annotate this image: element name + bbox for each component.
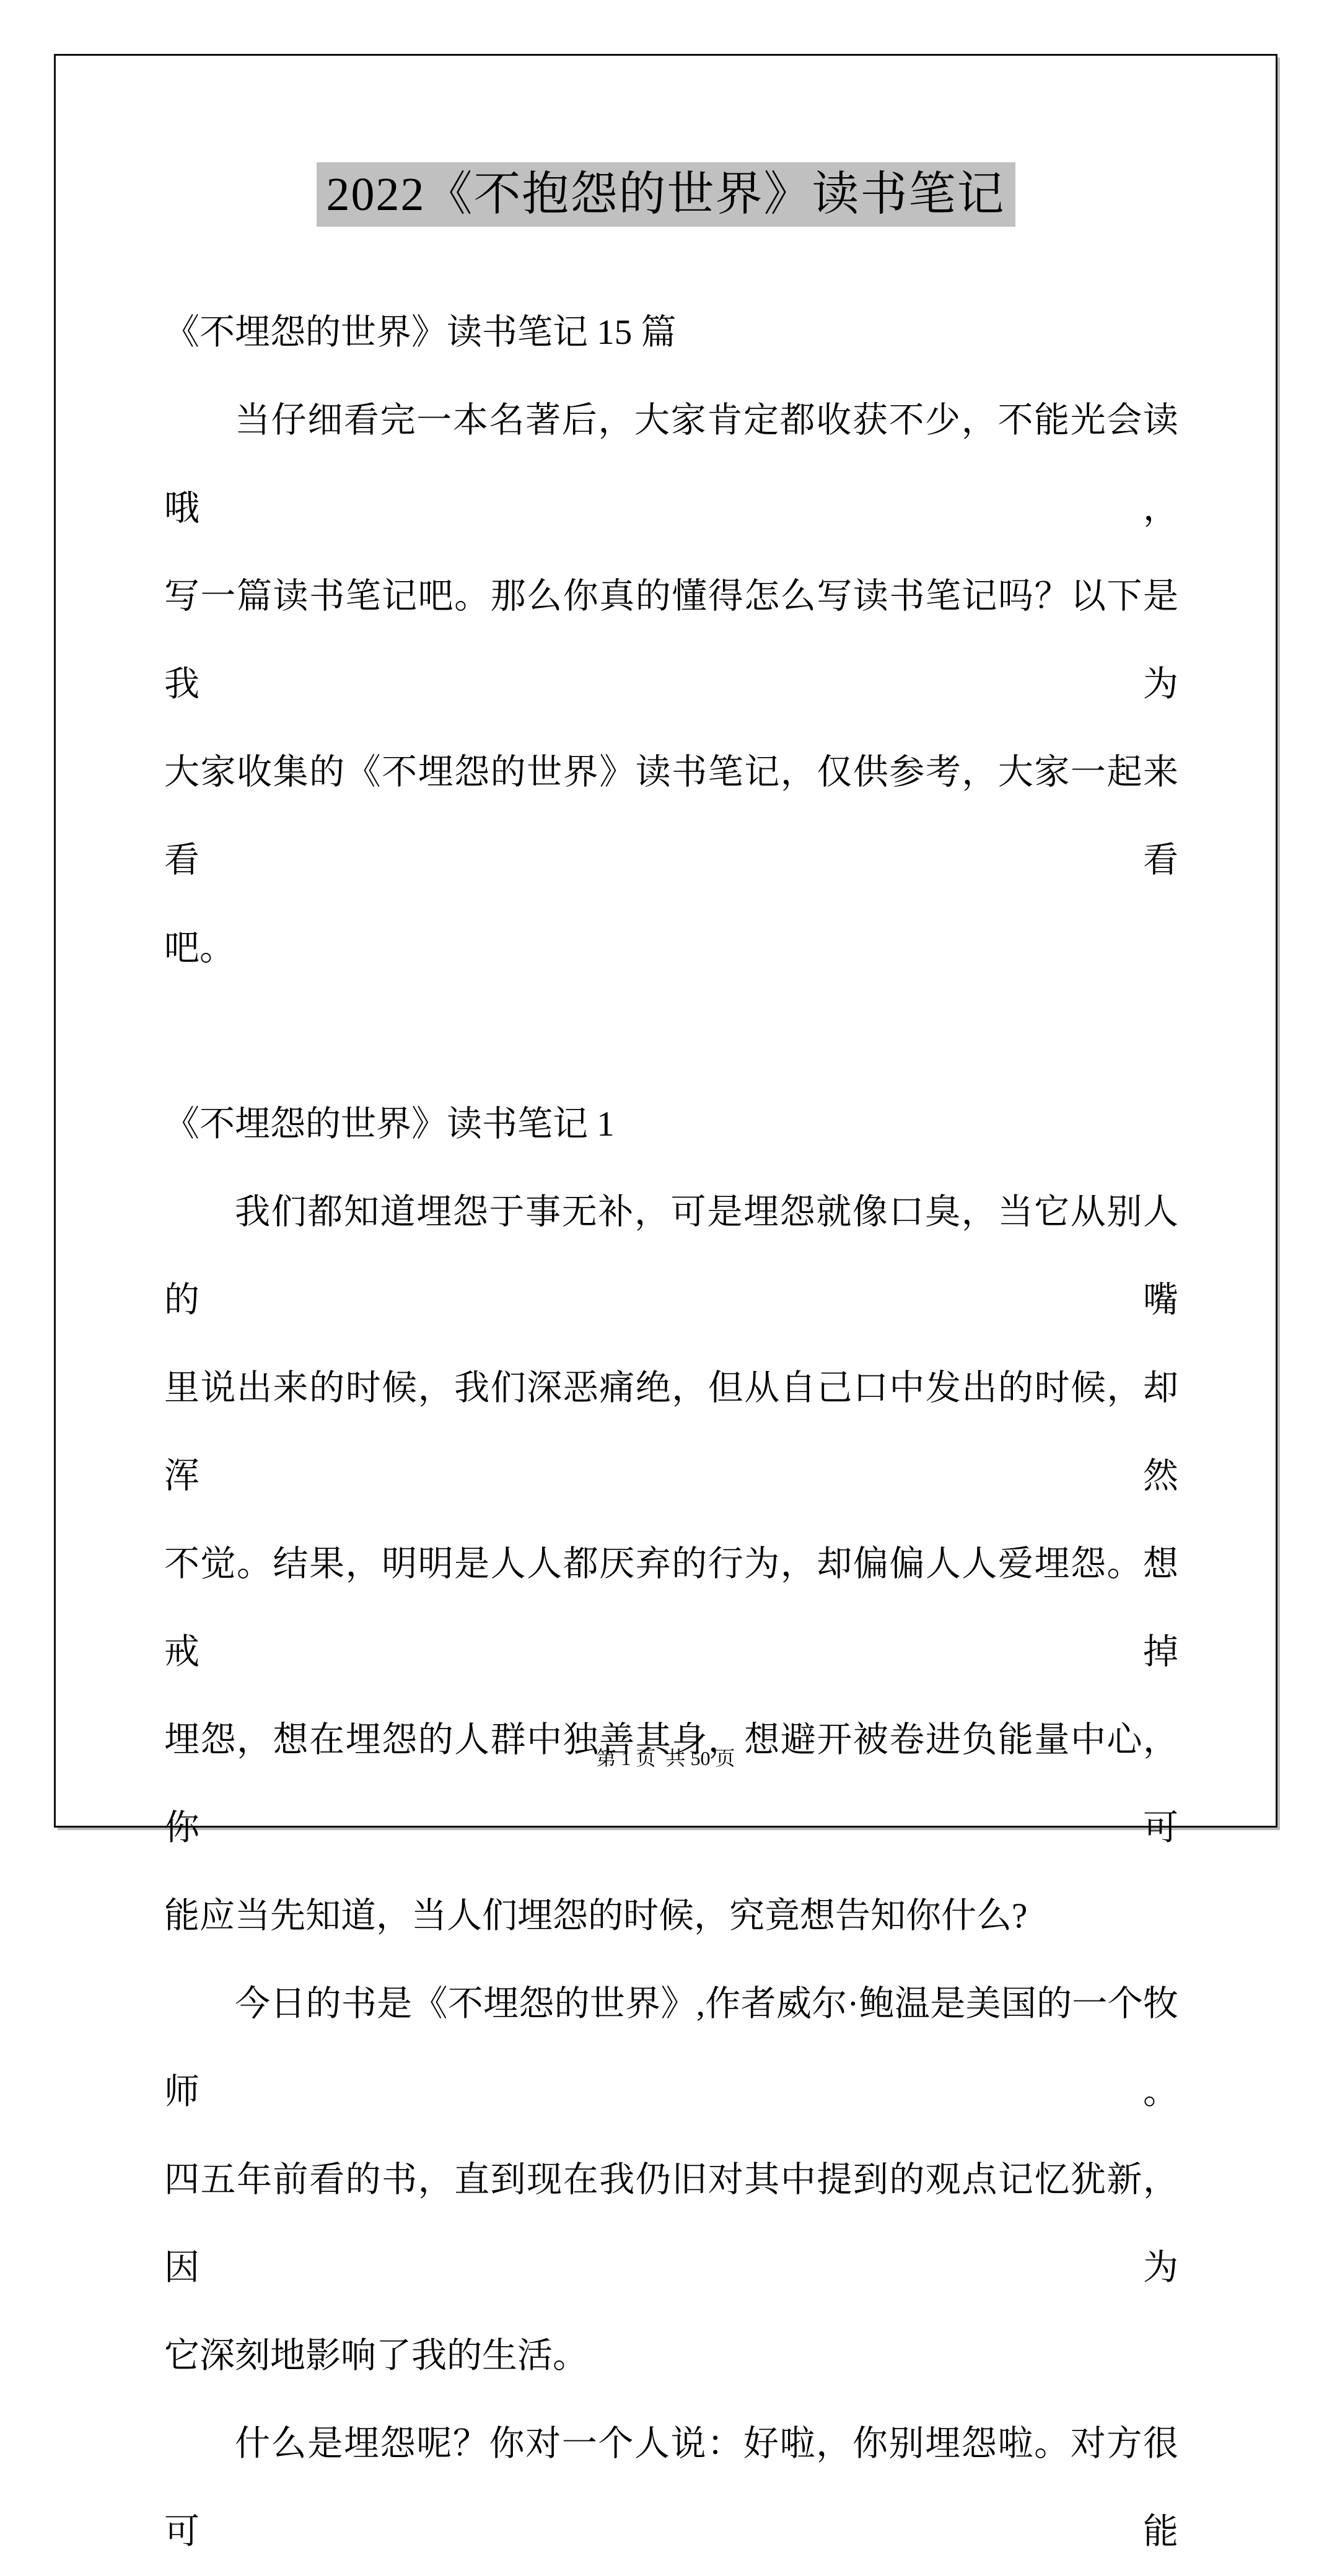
blank-line [164, 992, 1178, 1080]
title-row: 2022《不抱怨的世界》读书笔记 [56, 162, 1276, 227]
body-lines: 《不埋怨的世界》读书笔记 15 篇当仔细看完一本名著后，大家肯定都收获不少，不能… [164, 289, 1178, 1884]
body-line: 当仔细看完一本名著后，大家肯定都收获不少，不能光会读哦， [164, 377, 1178, 553]
document-page: 2022《不抱怨的世界》读书笔记 《不埋怨的世界》读书笔记 15 篇当仔细看完一… [54, 54, 1277, 1828]
section-heading: 《不埋怨的世界》读书笔记 1 [164, 1080, 1178, 1168]
body-line: 大家收集的《不埋怨的世界》读书笔记，仅供参考，大家一起来看看 [164, 729, 1178, 905]
body-line: 埋怨，想在埋怨的人群中独善其身，想避开被卷进负能量中心，你可 [164, 1696, 1178, 1872]
page-title: 2022《不抱怨的世界》读书笔记 [317, 162, 1015, 227]
body-line: 我们都知道埋怨于事无补，可是埋怨就像口臭，当它从别人的嘴 [164, 1168, 1178, 1344]
page-footer: 第 1 页 共 50 页 [56, 1746, 1276, 1771]
body-line: 能应当先知道，当人们埋怨的时候，究竟想告知你什么? [164, 1872, 1178, 1884]
section-heading: 《不埋怨的世界》读书笔记 15 篇 [164, 289, 1178, 377]
body-line: 里说出来的时候，我们深恶痛绝，但从自己口中发出的时候，却浑然 [164, 1344, 1178, 1520]
body-line: 吧。 [164, 905, 1178, 992]
body-line: 不觉。结果，明明是人人都厌弃的行为，却偏偏人人爱埋怨。想戒掉 [164, 1520, 1178, 1696]
body-line: 写一篇读书笔记吧。那么你真的懂得怎么写读书笔记吗？以下是我为 [164, 553, 1178, 729]
